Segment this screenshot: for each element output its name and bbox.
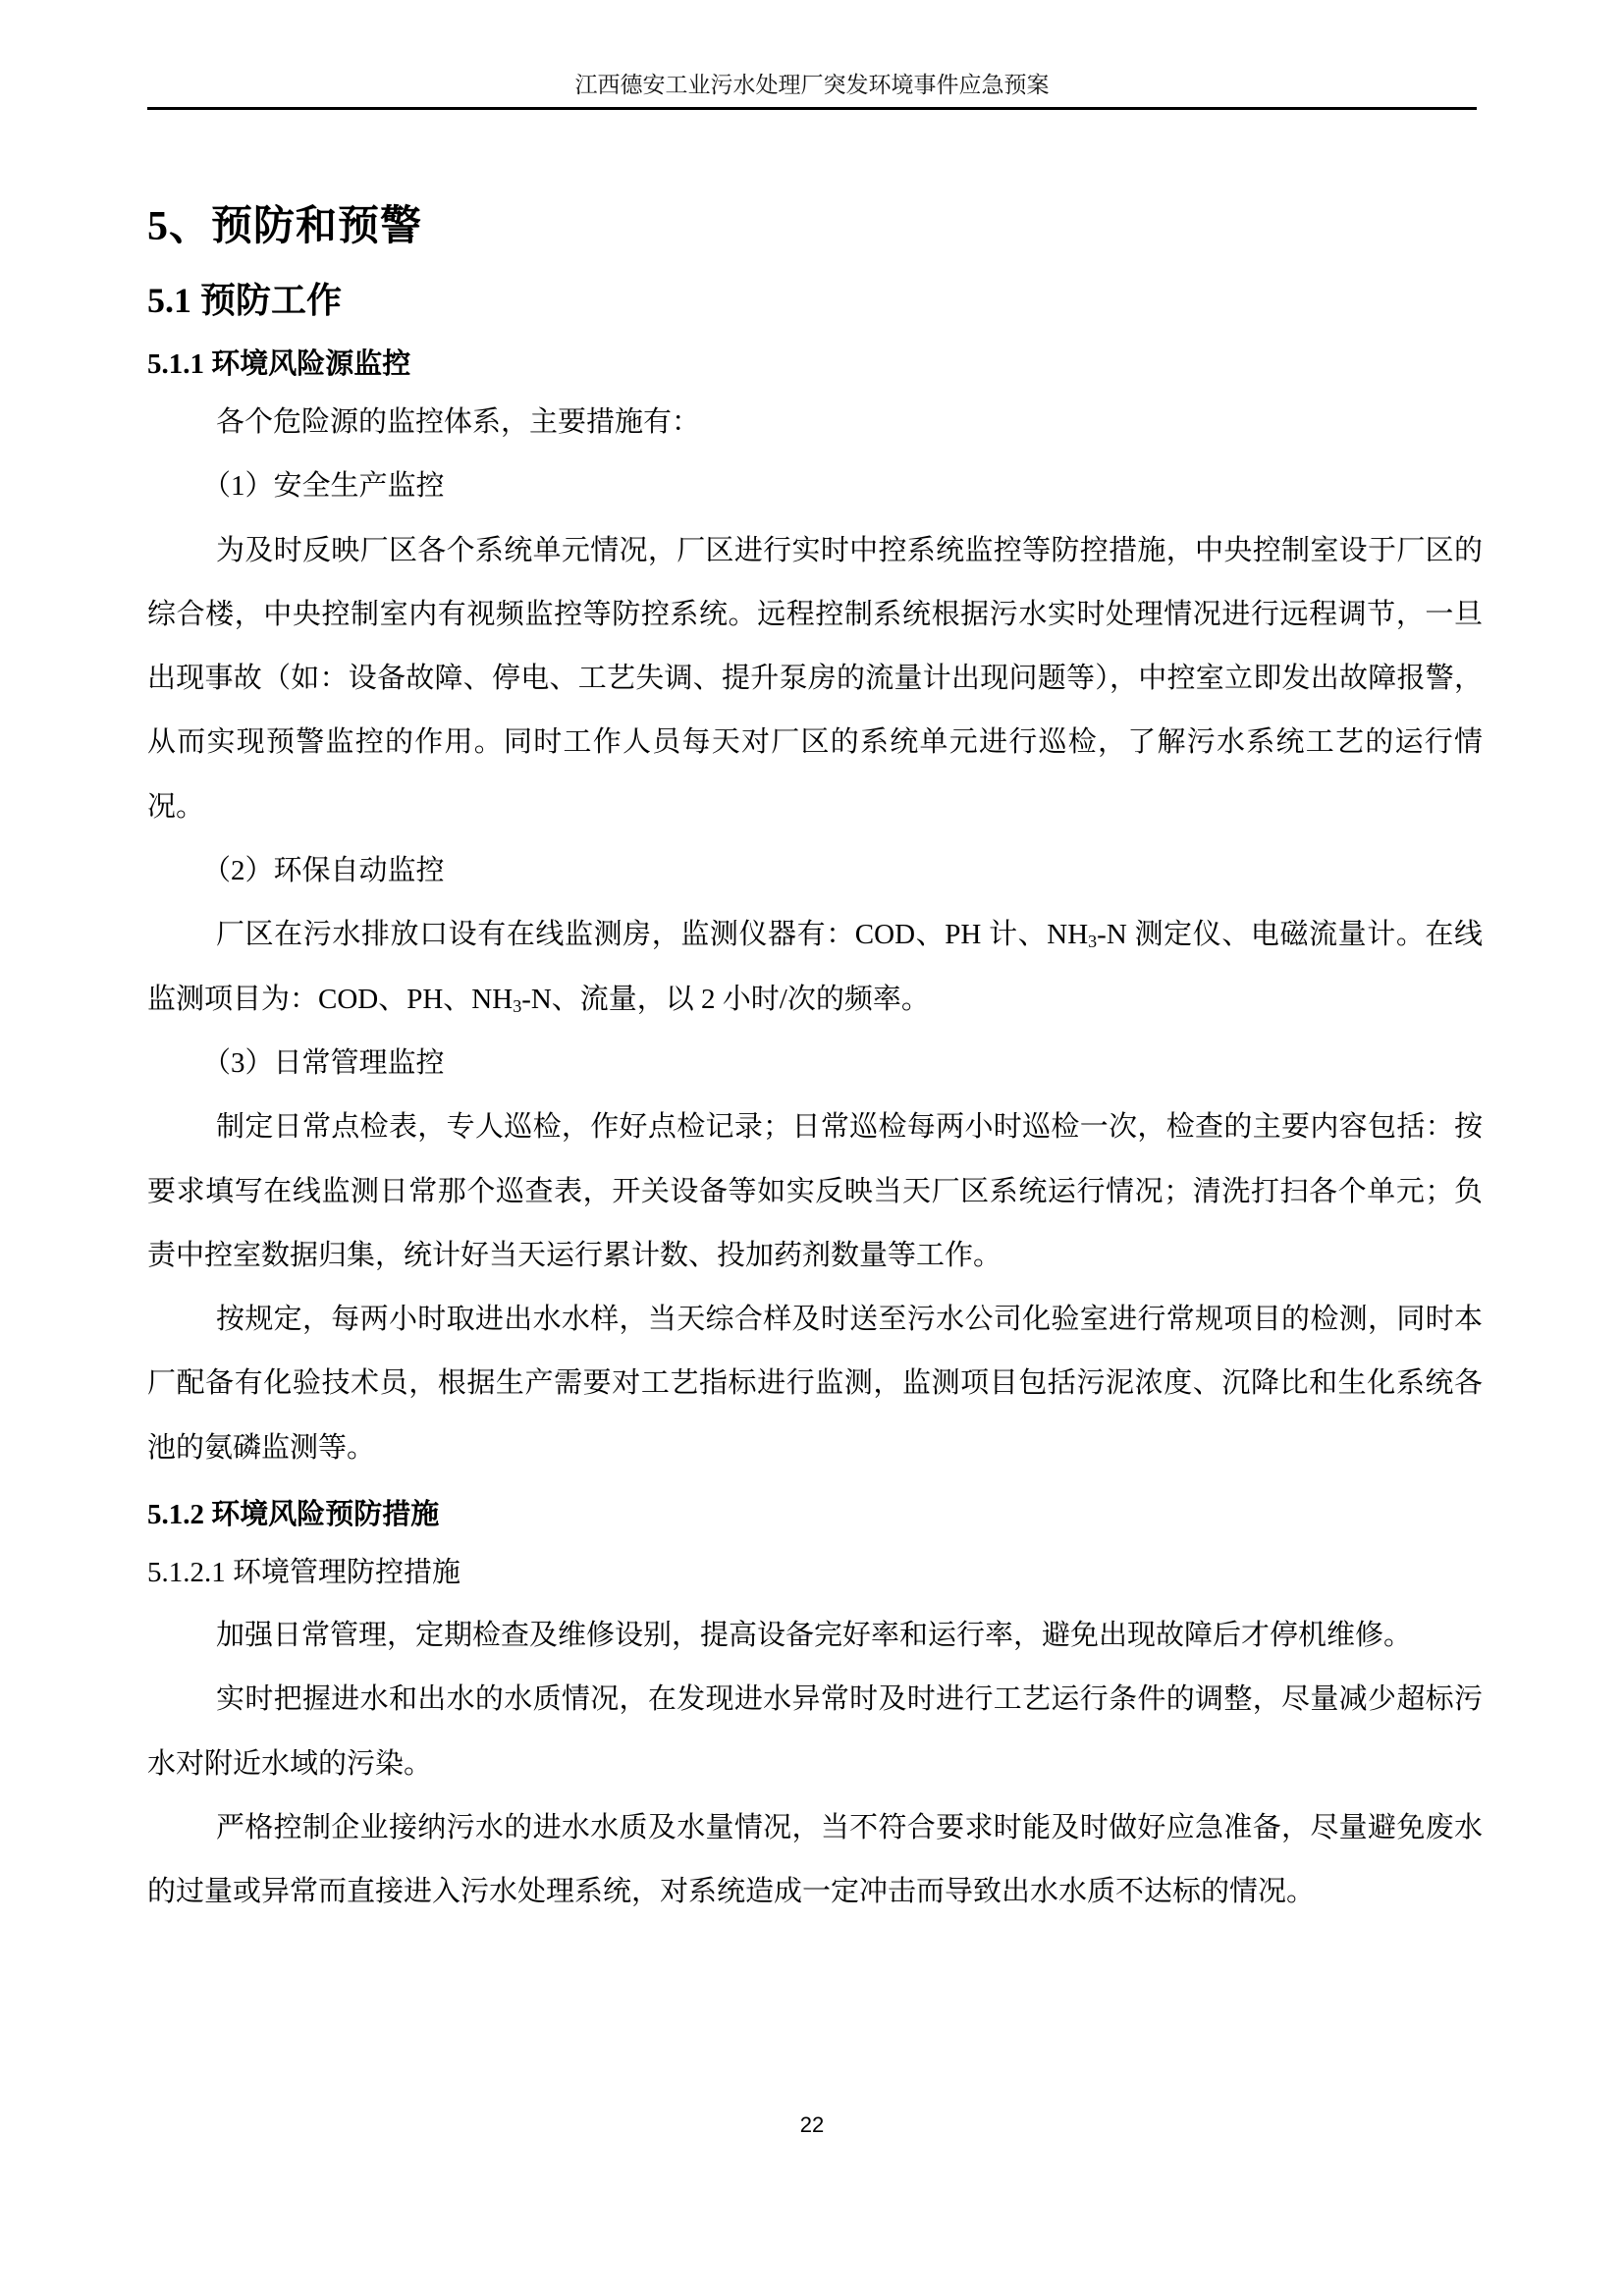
paragraph-auto-monitoring: 厂区在污水排放口设有在线监测房，监测仪器有：COD、PH 计、NH3-N 测定仪… [147,903,1483,1032]
paragraph-inflow-control: 严格控制企业接纳污水的进水水质及水量情况，当不符合要求时能及时做好应急准备，尽量… [147,1796,1483,1925]
subsection-heading-5-1-2: 5.1.2 环境风险预防措施 [147,1488,1483,1541]
page-number: 22 [0,2110,1624,2140]
text-segment: 厂区在污水排放口设有在线监测房，监测仪器有：COD、PH 计、NH [216,919,1088,950]
subscript: 3 [1088,932,1097,951]
paragraph-daily-inspection: 制定日常点检表，专人巡检，作好点检记录；日常巡检每两小时巡检一次，检查的主要内容… [147,1095,1483,1288]
paragraph-management: 加强日常管理，定期检查及维修设别，提高设备完好率和运行率，避免出现故障后才停机维… [147,1604,1483,1668]
list-item-safety-monitoring: （1）安全生产监控 [147,454,1483,518]
subscript: 3 [513,996,521,1016]
paragraph-sampling: 按规定，每两小时取进出水水样，当天综合样及时送至污水公司化验室进行常规项目的检测… [147,1288,1483,1480]
section-heading-5-1: 5.1 预防工作 [147,271,1483,330]
list-item-daily-monitoring: （3）日常管理监控 [147,1032,1483,1095]
chapter-heading: 5、预防和预警 [147,192,1483,261]
intro-paragraph: 各个危险源的监控体系，主要措施有： [147,391,1483,454]
running-header: 江西德安工业污水处理厂突发环境事件应急预案 [147,71,1477,100]
paragraph-water-quality: 实时把握进水和出水的水质情况，在发现进水异常时及时进行工艺运行条件的调整，尽量减… [147,1668,1483,1796]
text-segment: -N、流量，以 2 小时/次的频率。 [521,984,930,1015]
document-body: 5、预防和预警 5.1 预防工作 5.1.1 环境风险源监控 各个危险源的监控体… [147,192,1483,1925]
subsection-heading-5-1-1: 5.1.1 环境风险源监控 [147,338,1483,391]
list-item-auto-monitoring: （2）环保自动监控 [147,839,1483,903]
paragraph-safety-monitoring: 为及时反映厂区各个系统单元情况，厂区进行实时中控系统监控等防控措施，中央控制室设… [147,519,1483,839]
subsection-heading-5-1-2-1: 5.1.2.1 环境管理防控措施 [147,1541,1483,1604]
header-divider [147,107,1477,110]
